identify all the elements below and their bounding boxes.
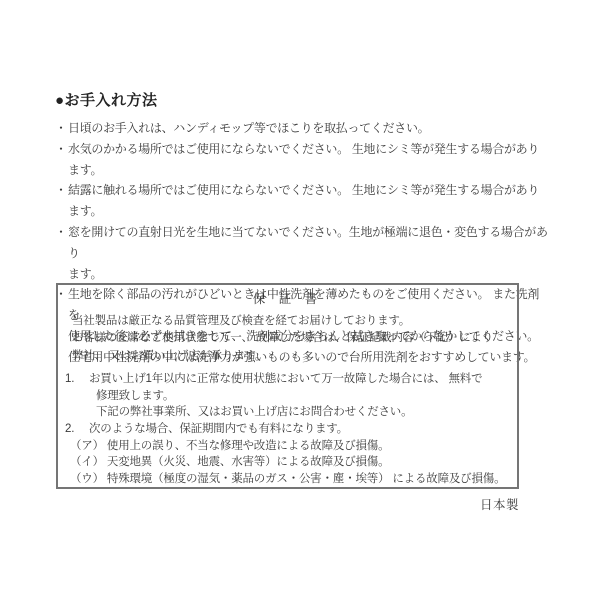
warranty-clause-1: 1. お買い上げ1年以内に正常な使用状態において万一故障した場合には、 無料で [65, 371, 511, 388]
bullet-marker [55, 264, 68, 285]
warranty-intro: 当社製品は厳正なる品質管理及び検査を経てお届けしております。 お客様の正常なご使… [72, 313, 509, 365]
warranty-title: 保 証 書 [58, 291, 517, 307]
care-line: ・ 日頃のお手入れは、ハンディモップ等でほこりを取払ってください。 [55, 118, 549, 139]
warranty-intro-line: 弊社、 又はお買い上げ店が承ります。 [72, 348, 509, 365]
bullet-marker: ・ [55, 180, 68, 222]
care-line: ・ 水気のかかる場所ではご使用にならないでください。 生地にシミ等が発生する場合… [55, 139, 549, 181]
document-page: ●お手入れ方法 ・ 日頃のお手入れは、ハンディモップ等でほこりを取払ってください… [0, 0, 600, 600]
warranty-subitem: （イ） 天変地異（火災、地震、水害等）による故障及び損傷。 [70, 454, 511, 471]
warranty-subitem: （ウ） 特殊環境（極度の湿気・薬品のガス・公害・塵・埃等） による故障及び損傷。 [70, 471, 511, 488]
care-line-continuation: ます。 [55, 264, 549, 285]
clause-text-continuation: 修理致します。 [96, 388, 511, 405]
clause-number: 1. [65, 371, 89, 388]
care-line-text: ます。 [68, 264, 549, 285]
warranty-clause-2: 2. 次のような場合、保証期間内でも有料になります。 [65, 421, 511, 438]
bullet-marker: ・ [55, 139, 68, 181]
care-line-text: 窓を開けての直射日光を生地に当てないでください。生地が極端に退色・変色する場合が… [68, 222, 549, 264]
bullet-marker: ・ [55, 118, 68, 139]
care-section-title: ●お手入れ方法 [55, 91, 549, 110]
warranty-intro-line: お客様の正常なご使用状態で万一、 故障した場合は、保証記載内容（下記）により [72, 330, 509, 347]
care-line-text: 日頃のお手入れは、ハンディモップ等でほこりを取払ってください。 [68, 118, 549, 139]
care-line: ・ 結露に触れる場所ではご使用にならないでください。 生地にシミ等が発生する場合… [55, 180, 549, 222]
made-in-japan-label: 日本製 [480, 495, 519, 513]
care-line-text: 結露に触れる場所ではご使用にならないでください。 生地にシミ等が発生する場合があ… [68, 180, 549, 222]
care-line: ・ 窓を開けての直射日光を生地に当てないでください。生地が極端に退色・変色する場… [55, 222, 549, 264]
care-line-text: 水気のかかる場所ではご使用にならないでください。 生地にシミ等が発生する場合があ… [68, 139, 549, 181]
warranty-intro-line: 当社製品は厳正なる品質管理及び検査を経てお届けしております。 [72, 313, 509, 330]
warranty-box: 保 証 書 当社製品は厳正なる品質管理及び検査を経てお届けしております。 お客様… [56, 283, 519, 489]
clause-text-continuation: 下記の弊社事業所、又はお買い上げ店にお問合わせください。 [96, 404, 511, 421]
bullet-marker: ・ [55, 222, 68, 264]
warranty-subitem: （ア） 使用上の誤り、不当な修理や改造による故障及び損傷。 [70, 438, 511, 455]
clause-text: 次のような場合、保証期間内でも有料になります。 [89, 421, 348, 438]
clause-number: 2. [65, 421, 89, 438]
clause-text: お買い上げ1年以内に正常な使用状態において万一故障した場合には、 無料で [89, 371, 482, 388]
